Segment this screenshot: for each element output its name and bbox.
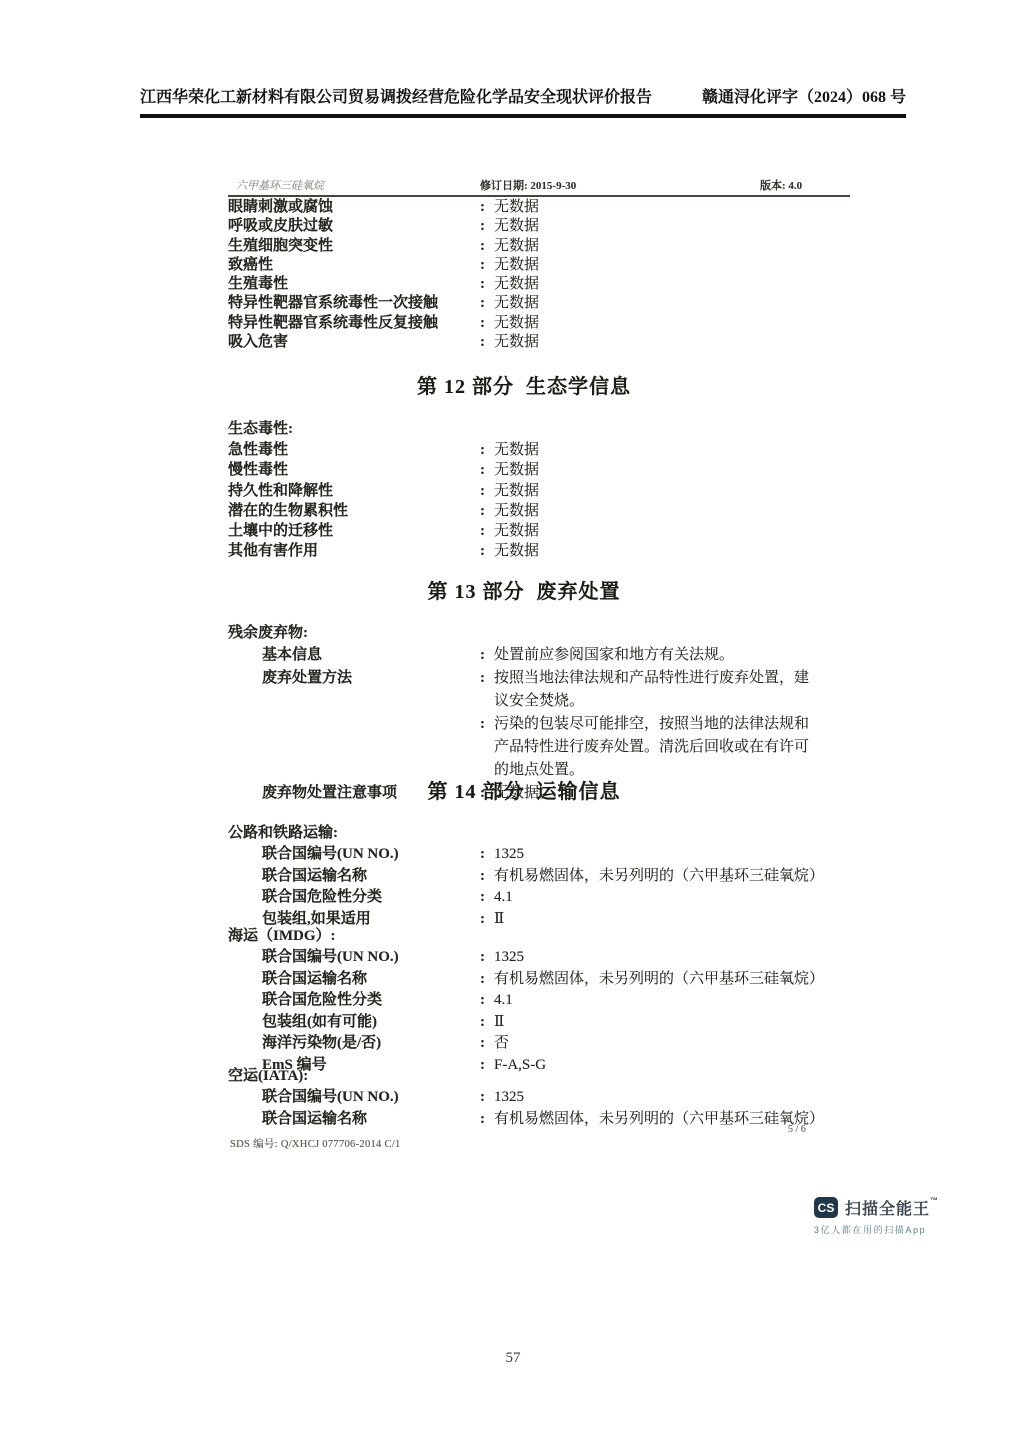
row-value-text: 1325 bbox=[494, 949, 524, 965]
row-value-text: 无数据 bbox=[494, 334, 539, 350]
row-label: 联合国运输名称 bbox=[228, 1109, 480, 1131]
row-label: 联合国编号(UN NO.) bbox=[228, 844, 480, 866]
row-value: :有机易燃固体，未另列明的（六甲基环三硅氧烷） bbox=[480, 866, 824, 888]
table-row: 其他有害作用 :无数据 bbox=[228, 541, 539, 561]
row-value: :1325 bbox=[480, 1087, 524, 1109]
row-label: 眼睛刺激或腐蚀 bbox=[228, 198, 480, 217]
camscanner-icon: CS bbox=[814, 1197, 838, 1218]
table-row: 潜在的生物累积性 :无数据 bbox=[228, 501, 539, 521]
row-value-text: 有机易燃固体，未另列明的（六甲基环三硅氧烷） bbox=[494, 971, 824, 987]
toxicology-block: 眼睛刺激或腐蚀 :无数据 呼吸或皮肤过敏 :无数据 生殖细胞突变性 :无数据 致… bbox=[228, 198, 539, 352]
camscanner-brand-row: CS 扫描全能王™ bbox=[814, 1196, 939, 1219]
row-value-text: 无数据 bbox=[494, 218, 539, 234]
sds-version: 版本: 4.0 bbox=[760, 177, 802, 193]
row-value-text: 处置前应参阅国家和地方有关法规。 bbox=[494, 644, 820, 667]
colon: : bbox=[480, 503, 485, 519]
row-label: 生殖细胞突变性 bbox=[228, 237, 480, 256]
group-heading: 公路和铁路运输: bbox=[228, 822, 824, 844]
row-value: :污染的包装尽可能排空，按照当地的法律法规和产品特性进行废弃处置。清洗后回收或在… bbox=[480, 713, 820, 782]
row-value: :有机易燃固体，未另列明的（六甲基环三硅氧烷） bbox=[480, 1109, 824, 1131]
row-value: :Ⅱ bbox=[480, 1012, 504, 1034]
colon: : bbox=[480, 644, 485, 667]
row-label: 生殖毒性 bbox=[228, 275, 480, 294]
row-value-text: 无数据 bbox=[494, 295, 539, 311]
colon: : bbox=[480, 199, 485, 215]
row-label: 海洋污染物(是/否) bbox=[228, 1033, 480, 1055]
group-heading: 海运（IMDG）: bbox=[228, 925, 824, 947]
colon: : bbox=[480, 315, 485, 331]
section-12-title: 第 12 部分 生态学信息 bbox=[228, 370, 820, 399]
table-row: 基本信息 :处置前应参阅国家和地方有关法规。 bbox=[228, 644, 820, 667]
colon: : bbox=[480, 846, 485, 862]
row-value-text: 无数据 bbox=[494, 462, 539, 478]
camscanner-brand-text: 扫描全能王 bbox=[845, 1201, 930, 1218]
table-row: 联合国编号(UN NO.) :1325 bbox=[228, 844, 824, 866]
row-value: :无数据 bbox=[480, 198, 539, 217]
table-row: 包装组(如有可能) :Ⅱ bbox=[228, 1012, 824, 1034]
row-label: 联合国运输名称 bbox=[228, 866, 480, 888]
colon: : bbox=[480, 295, 485, 311]
row-value: :按照当地法律法规和产品特性进行废弃处置，建议安全焚烧。 bbox=[480, 667, 820, 713]
table-row: 联合国危险性分类 :4.1 bbox=[228, 887, 824, 909]
row-value: :无数据 bbox=[480, 521, 539, 541]
row-value: :无数据 bbox=[480, 275, 539, 294]
row-value-text: 1325 bbox=[494, 1089, 524, 1105]
row-value: :无数据 bbox=[480, 294, 539, 313]
row-label: 土壤中的迁移性 bbox=[228, 521, 480, 541]
row-label: 包装组(如有可能) bbox=[228, 1012, 480, 1034]
table-row: 联合国编号(UN NO.) :1325 bbox=[228, 947, 824, 969]
colon: : bbox=[480, 462, 485, 478]
row-value-text: 无数据 bbox=[494, 238, 539, 254]
table-row: 慢性毒性 :无数据 bbox=[228, 460, 539, 480]
row-value: :1325 bbox=[480, 947, 524, 969]
table-row: 持久性和降解性 :无数据 bbox=[228, 481, 539, 501]
sds-page-indicator: 5 / 6 bbox=[788, 1124, 806, 1135]
colon: : bbox=[480, 1035, 485, 1051]
colon: : bbox=[480, 1014, 485, 1030]
row-label: 呼吸或皮肤过敏 bbox=[228, 217, 480, 236]
sds-scan-area: 六甲基环三硅氧烷 修订日期: 2015-9-30 版本: 4.0 眼睛刺激或腐蚀… bbox=[228, 174, 852, 197]
row-value-text: 1325 bbox=[494, 846, 524, 862]
transport-air-block: 空运(IATA): 联合国编号(UN NO.) :1325 联合国运输名称 :有… bbox=[228, 1065, 824, 1130]
sds-number: SDS 编号: Q/XHCJ 077706-2014 C/1 bbox=[230, 1136, 401, 1151]
table-row: 吸入危害 :无数据 bbox=[228, 333, 539, 352]
row-value-text: Ⅱ bbox=[494, 1014, 504, 1030]
row-value-text: 4.1 bbox=[494, 992, 513, 1008]
table-row: 眼睛刺激或腐蚀 :无数据 bbox=[228, 198, 539, 217]
colon: : bbox=[480, 543, 485, 559]
row-label: 其他有害作用 bbox=[228, 541, 480, 561]
row-label: 特异性靶器官系统毒性一次接触 bbox=[228, 294, 480, 313]
row-value-text: 无数据 bbox=[494, 483, 539, 499]
table-row: 联合国运输名称 :有机易燃固体，未另列明的（六甲基环三硅氧烷） bbox=[228, 866, 824, 888]
row-value-text: 无数据 bbox=[494, 276, 539, 292]
colon: : bbox=[480, 334, 485, 350]
row-value-text: 无数据 bbox=[494, 543, 539, 559]
table-row: 特异性靶器官系统毒性一次接触 :无数据 bbox=[228, 294, 539, 313]
colon: : bbox=[480, 868, 485, 884]
row-value-text: 无数据 bbox=[494, 442, 539, 458]
row-label: 持久性和降解性 bbox=[228, 481, 480, 501]
row-label: 联合国编号(UN NO.) bbox=[228, 947, 480, 969]
table-row: 联合国编号(UN NO.) :1325 bbox=[228, 1087, 824, 1109]
row-value: :无数据 bbox=[480, 217, 539, 236]
colon: : bbox=[480, 992, 485, 1008]
row-value: :处置前应参阅国家和地方有关法规。 bbox=[480, 644, 820, 667]
report-doc-number: 赣通浔化评字（2024）068 号 bbox=[702, 84, 906, 107]
colon: : bbox=[480, 276, 485, 292]
transport-road-block: 公路和铁路运输: 联合国编号(UN NO.) :1325 联合国运输名称 :有机… bbox=[228, 822, 824, 930]
row-value-text: 污染的包装尽可能排空，按照当地的法律法规和产品特性进行废弃处置。清洗后回收或在有… bbox=[494, 713, 820, 782]
camscanner-tagline: 3亿人都在用的扫描App bbox=[814, 1223, 939, 1236]
sds-revision-date: 修订日期: 2015-9-30 bbox=[480, 177, 576, 193]
document-page: 江西华荣化工新材料有限公司贸易调拨经营危险化学品安全现状评价报告 赣通浔化评字（… bbox=[0, 0, 1026, 1450]
row-value: :无数据 bbox=[480, 440, 539, 460]
table-row: 废弃处置方法 :按照当地法律法规和产品特性进行废弃处置，建议安全焚烧。 bbox=[228, 667, 820, 713]
sds-product-name: 六甲基环三硅氧烷 bbox=[236, 177, 324, 193]
row-label: 联合国运输名称 bbox=[228, 969, 480, 991]
table-row: 致癌性 :无数据 bbox=[228, 256, 539, 275]
table-row: 联合国运输名称 :有机易燃固体，未另列明的（六甲基环三硅氧烷） bbox=[228, 1109, 824, 1131]
row-label: 基本信息 bbox=[228, 644, 480, 667]
row-label: 联合国危险性分类 bbox=[228, 990, 480, 1012]
colon: : bbox=[480, 218, 485, 234]
row-value: :4.1 bbox=[480, 990, 513, 1012]
row-value-text: 无数据 bbox=[494, 503, 539, 519]
camscanner-brand: 扫描全能王™ bbox=[845, 1196, 939, 1219]
colon: : bbox=[480, 949, 485, 965]
row-label: 慢性毒性 bbox=[228, 460, 480, 480]
row-label: 致癌性 bbox=[228, 256, 480, 275]
colon: : bbox=[480, 667, 485, 713]
row-value-text: 4.1 bbox=[494, 889, 513, 905]
colon: : bbox=[480, 257, 485, 273]
row-value-text: 无数据 bbox=[494, 523, 539, 539]
table-row: 急性毒性 :无数据 bbox=[228, 440, 539, 460]
colon: : bbox=[480, 1089, 485, 1105]
row-value: :无数据 bbox=[480, 501, 539, 521]
row-label: 潜在的生物累积性 bbox=[228, 501, 480, 521]
report-header: 江西华荣化工新材料有限公司贸易调拨经营危险化学品安全现状评价报告 赣通浔化评字（… bbox=[140, 84, 906, 118]
row-label: 联合国编号(UN NO.) bbox=[228, 1087, 480, 1109]
table-row: 生殖毒性 :无数据 bbox=[228, 275, 539, 294]
group-heading: 生态毒性: bbox=[228, 418, 539, 440]
table-row: 特异性靶器官系统毒性反复接触 :无数据 bbox=[228, 314, 539, 333]
row-value-text: 无数据 bbox=[494, 199, 539, 215]
transport-sea-block: 海运（IMDG）: 联合国编号(UN NO.) :1325 联合国运输名称 :有… bbox=[228, 925, 824, 1077]
ecology-block: 生态毒性: 急性毒性 :无数据 慢性毒性 :无数据 持久性和降解性 :无数据 潜… bbox=[228, 418, 539, 562]
table-row: 土壤中的迁移性 :无数据 bbox=[228, 521, 539, 541]
colon: : bbox=[480, 238, 485, 254]
table-row: :污染的包装尽可能排空，按照当地的法律法规和产品特性进行废弃处置。清洗后回收或在… bbox=[228, 713, 820, 782]
row-label: 吸入危害 bbox=[228, 333, 480, 352]
group-heading: 空运(IATA): bbox=[228, 1065, 824, 1087]
row-label: 特异性靶器官系统毒性反复接触 bbox=[228, 314, 480, 333]
row-value: :无数据 bbox=[480, 541, 539, 561]
table-row: 呼吸或皮肤过敏 :无数据 bbox=[228, 217, 539, 236]
row-value: :无数据 bbox=[480, 333, 539, 352]
section-14-title: 第 14 部分 运输信息 bbox=[228, 775, 820, 804]
row-value: :无数据 bbox=[480, 314, 539, 333]
group-heading: 残余废弃物: bbox=[228, 622, 820, 644]
colon: : bbox=[480, 889, 485, 905]
table-row: 海洋污染物(是/否) :否 bbox=[228, 1033, 824, 1055]
section-13-title: 第 13 部分 废弃处置 bbox=[228, 575, 820, 604]
colon: : bbox=[480, 523, 485, 539]
row-value: :有机易燃固体，未另列明的（六甲基环三硅氧烷） bbox=[480, 969, 824, 991]
table-row: 生殖细胞突变性 :无数据 bbox=[228, 237, 539, 256]
row-value: :1325 bbox=[480, 844, 524, 866]
row-value: :4.1 bbox=[480, 887, 513, 909]
row-label: 废弃处置方法 bbox=[228, 667, 480, 713]
report-page-number: 57 bbox=[0, 1350, 1026, 1367]
row-value: :否 bbox=[480, 1033, 509, 1055]
colon: : bbox=[480, 1111, 485, 1127]
colon: : bbox=[480, 971, 485, 987]
row-value-text: 无数据 bbox=[494, 257, 539, 273]
row-value-text: 有机易燃固体，未另列明的（六甲基环三硅氧烷） bbox=[494, 1111, 824, 1127]
row-value-text: 否 bbox=[494, 1035, 509, 1051]
report-title: 江西华荣化工新材料有限公司贸易调拨经营危险化学品安全现状评价报告 bbox=[140, 84, 652, 107]
row-value: :无数据 bbox=[480, 481, 539, 501]
row-label: 急性毒性 bbox=[228, 440, 480, 460]
table-row: 联合国运输名称 :有机易燃固体，未另列明的（六甲基环三硅氧烷） bbox=[228, 969, 824, 991]
colon: : bbox=[480, 483, 485, 499]
row-value-text: 有机易燃固体，未另列明的（六甲基环三硅氧烷） bbox=[494, 868, 824, 884]
sds-running-header: 六甲基环三硅氧烷 修订日期: 2015-9-30 版本: 4.0 bbox=[228, 174, 850, 197]
trademark-mark: ™ bbox=[930, 1196, 939, 1205]
row-value: :无数据 bbox=[480, 237, 539, 256]
row-value: :无数据 bbox=[480, 256, 539, 275]
row-label: 联合国危险性分类 bbox=[228, 887, 480, 909]
table-row: 联合国危险性分类 :4.1 bbox=[228, 990, 824, 1012]
row-value-text: 按照当地法律法规和产品特性进行废弃处置，建议安全焚烧。 bbox=[494, 667, 820, 713]
row-label bbox=[228, 713, 480, 782]
colon: : bbox=[480, 442, 485, 458]
camscanner-watermark: CS 扫描全能王™ 3亿人都在用的扫描App bbox=[814, 1196, 939, 1236]
row-value: :无数据 bbox=[480, 460, 539, 480]
row-value-text: 无数据 bbox=[494, 315, 539, 331]
colon: : bbox=[480, 713, 485, 782]
